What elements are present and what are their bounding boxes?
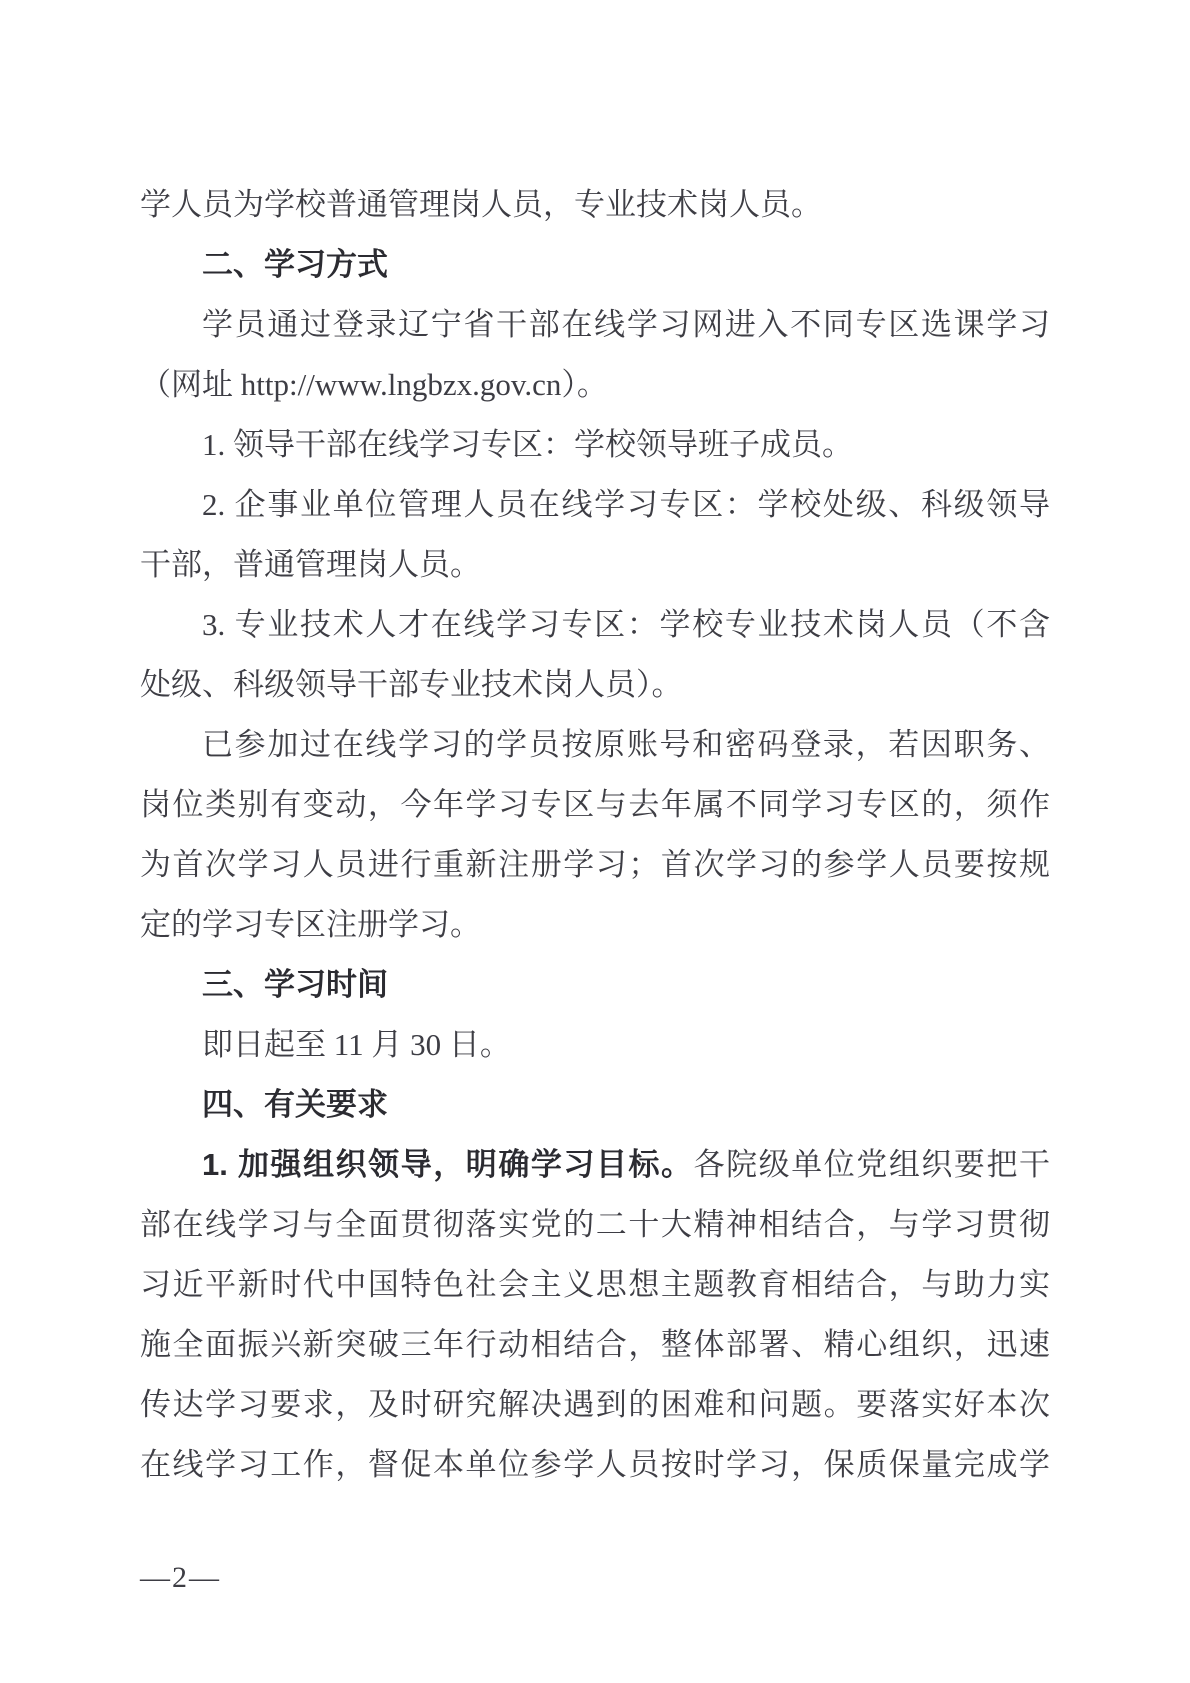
section-heading: 四、有关要求 bbox=[140, 1075, 1050, 1135]
text-line: 学员通过登录辽宁省干部在线学习网进入不同专区选课学习 bbox=[140, 295, 1050, 355]
text-segment: 即日起至 11 月 30 日。 bbox=[202, 1027, 511, 1062]
text-segment: 学人员为学校普通管理岗人员，专业技术岗人员。 bbox=[140, 187, 822, 222]
text-line: 2. 企事业单位管理人员在线学习专区：学校处级、科级领导 bbox=[140, 475, 1050, 535]
text-line: 1. 加强组织领导，明确学习目标。各院级单位党组织要把干 bbox=[140, 1135, 1050, 1195]
text-segment: 三、学习时间 bbox=[202, 967, 388, 1002]
text-line: （网址 http://www.lngbzx.gov.cn）。 bbox=[140, 355, 1050, 415]
text-segment: 各院级单位党组织要把干 bbox=[694, 1147, 1050, 1182]
text-segment: 学员通过登录辽宁省干部在线学习网进入不同专区选课学习 bbox=[202, 307, 1050, 342]
text-segment: 部在线学习与全面贯彻落实党的二十大精神相结合，与学习贯彻 bbox=[140, 1207, 1050, 1242]
text-segment: 岗位类别有变动，今年学习专区与去年属不同学习专区的，须作 bbox=[140, 787, 1050, 822]
text-line: 习近平新时代中国特色社会主义思想主题教育相结合，与助力实 bbox=[140, 1255, 1050, 1315]
text-segment: 四、有关要求 bbox=[202, 1087, 388, 1122]
bold-text-segment: 1. 加强组织领导，明确学习目标。 bbox=[202, 1147, 694, 1182]
text-segment: 二、学习方式 bbox=[202, 247, 388, 282]
text-segment: 3. 专业技术人才在线学习专区：学校专业技术岗人员（不含 bbox=[202, 607, 1050, 642]
section-heading: 二、学习方式 bbox=[140, 235, 1050, 295]
text-segment: 在线学习工作，督促本单位参学人员按时学习，保质保量完成学 bbox=[140, 1447, 1050, 1482]
text-line: 在线学习工作，督促本单位参学人员按时学习，保质保量完成学 bbox=[140, 1435, 1050, 1495]
text-segment: 施全面振兴新突破三年行动相结合，整体部署、精心组织，迅速 bbox=[140, 1327, 1050, 1362]
text-line: 施全面振兴新突破三年行动相结合，整体部署、精心组织，迅速 bbox=[140, 1315, 1050, 1375]
text-line: 岗位类别有变动，今年学习专区与去年属不同学习专区的，须作 bbox=[140, 775, 1050, 835]
text-segment: 为首次学习人员进行重新注册学习；首次学习的参学人员要按规 bbox=[140, 847, 1050, 882]
text-segment: 已参加过在线学习的学员按原账号和密码登录，若因职务、 bbox=[202, 727, 1050, 762]
document-body: 学人员为学校普通管理岗人员，专业技术岗人员。二、学习方式学员通过登录辽宁省干部在… bbox=[140, 175, 1050, 1495]
text-segment: 传达学习要求，及时研究解决遇到的困难和问题。要落实好本次 bbox=[140, 1387, 1050, 1422]
text-line: 干部，普通管理岗人员。 bbox=[140, 535, 1050, 595]
text-line: 3. 专业技术人才在线学习专区：学校专业技术岗人员（不含 bbox=[140, 595, 1050, 655]
text-line: 已参加过在线学习的学员按原账号和密码登录，若因职务、 bbox=[140, 715, 1050, 775]
text-segment: 2. 企事业单位管理人员在线学习专区：学校处级、科级领导 bbox=[202, 487, 1050, 522]
text-segment: 习近平新时代中国特色社会主义思想主题教育相结合，与助力实 bbox=[140, 1267, 1050, 1302]
text-line: 为首次学习人员进行重新注册学习；首次学习的参学人员要按规 bbox=[140, 835, 1050, 895]
text-line: 学人员为学校普通管理岗人员，专业技术岗人员。 bbox=[140, 175, 1050, 235]
page-number: —2— bbox=[140, 1548, 221, 1608]
document-page: 学人员为学校普通管理岗人员，专业技术岗人员。二、学习方式学员通过登录辽宁省干部在… bbox=[0, 0, 1190, 1683]
text-segment: 定的学习专区注册学习。 bbox=[140, 907, 481, 942]
section-heading: 三、学习时间 bbox=[140, 955, 1050, 1015]
text-line: 部在线学习与全面贯彻落实党的二十大精神相结合，与学习贯彻 bbox=[140, 1195, 1050, 1255]
text-segment: 1. 领导干部在线学习专区：学校领导班子成员。 bbox=[202, 427, 853, 462]
text-line: 传达学习要求，及时研究解决遇到的困难和问题。要落实好本次 bbox=[140, 1375, 1050, 1435]
text-segment: 处级、科级领导干部专业技术岗人员）。 bbox=[140, 667, 683, 702]
text-segment: （网址 http://www.lngbzx.gov.cn）。 bbox=[140, 367, 608, 402]
text-line: 即日起至 11 月 30 日。 bbox=[140, 1015, 1050, 1075]
text-line: 处级、科级领导干部专业技术岗人员）。 bbox=[140, 655, 1050, 715]
text-line: 1. 领导干部在线学习专区：学校领导班子成员。 bbox=[140, 415, 1050, 475]
text-segment: 干部，普通管理岗人员。 bbox=[140, 547, 481, 582]
text-line: 定的学习专区注册学习。 bbox=[140, 895, 1050, 955]
